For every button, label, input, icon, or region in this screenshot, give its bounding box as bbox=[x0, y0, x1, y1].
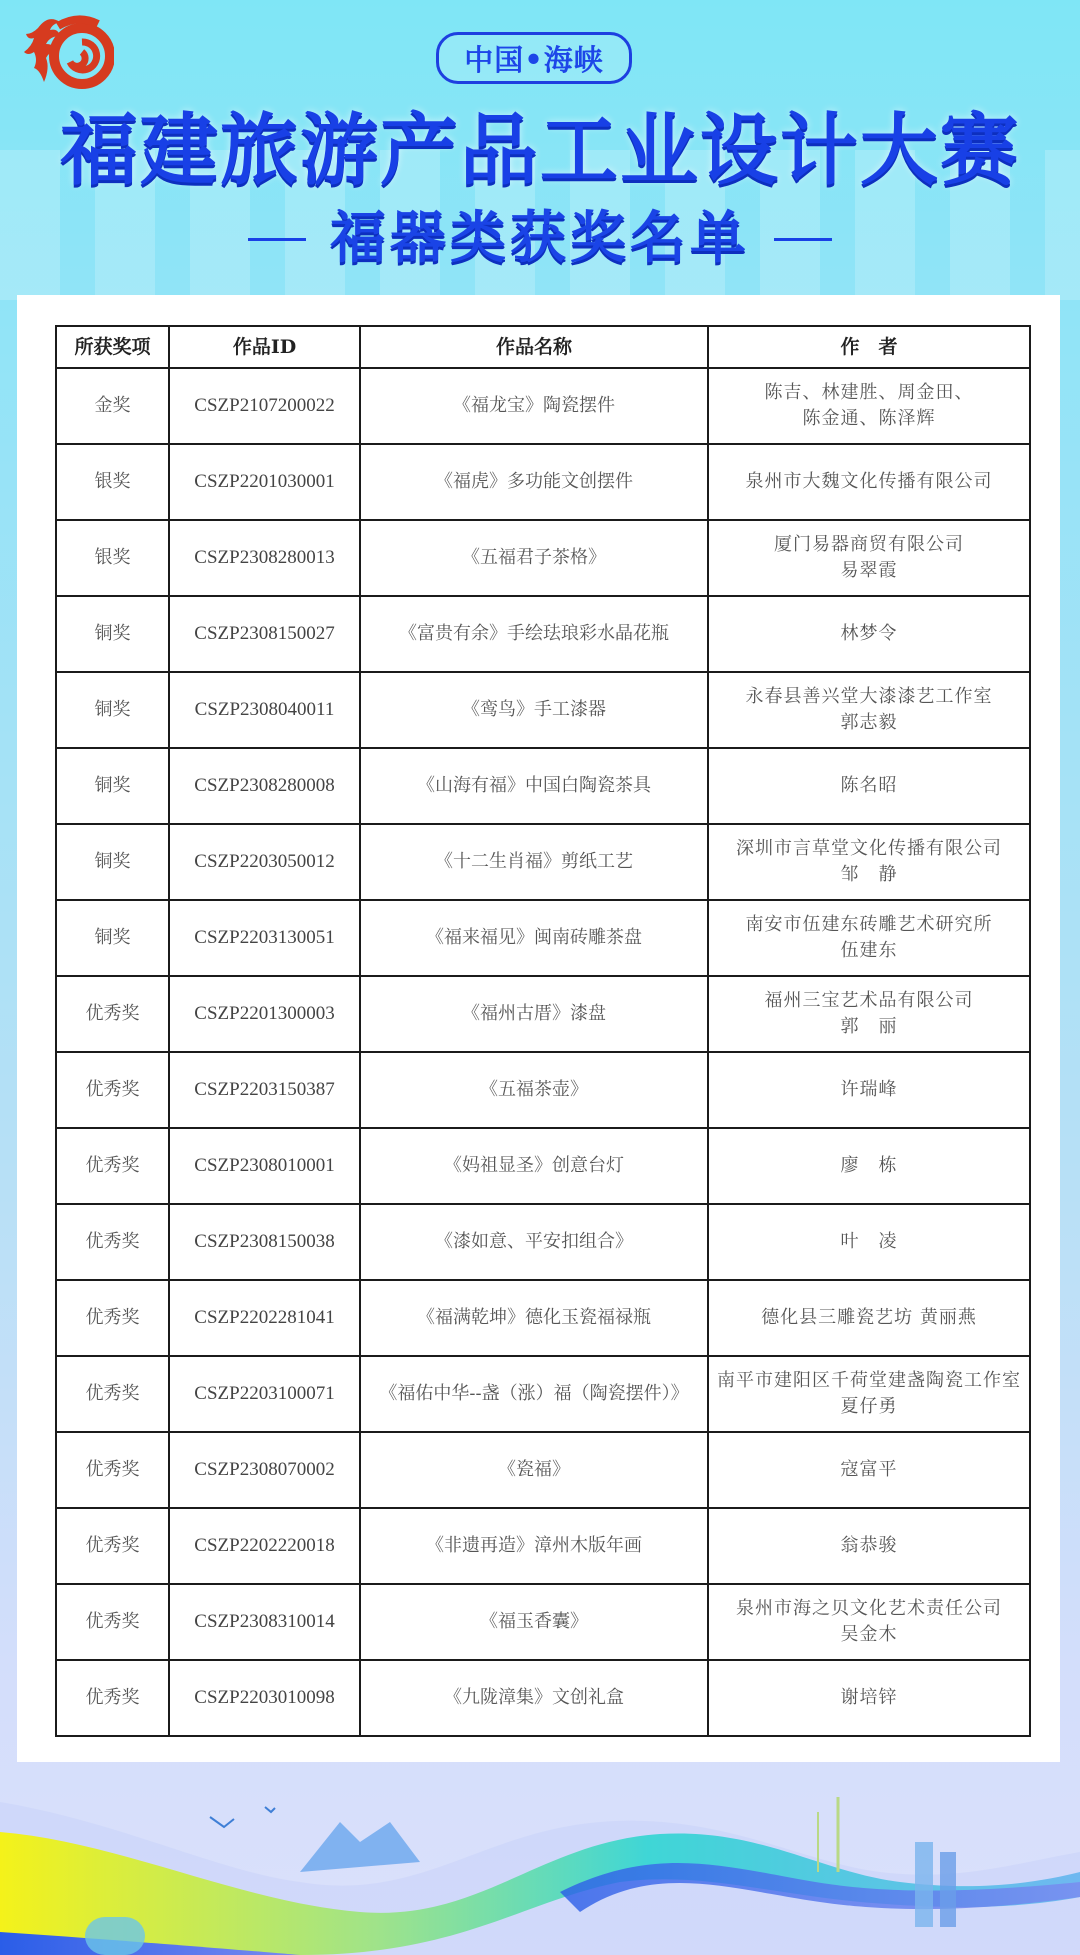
award-cell: 优秀奖 bbox=[56, 1432, 169, 1508]
table-header-row: 所获奖项 作品ID 作品名称 作 者 bbox=[56, 326, 1030, 368]
author-cell: 陈吉、林建胜、周金田、陈金通、陈泽辉 bbox=[708, 368, 1030, 444]
author-line: 叶 凌 bbox=[711, 1229, 1027, 1255]
work-id-cell: CSZP2202281041 bbox=[169, 1280, 360, 1356]
author-line: 翁恭骏 bbox=[711, 1533, 1027, 1559]
award-cell: 优秀奖 bbox=[56, 1660, 169, 1736]
table-row: 优秀奖CSZP2203150387《五福茶壶》许瑞峰 bbox=[56, 1052, 1030, 1128]
author-line: 南平市建阳区千荷堂建盏陶瓷工作室 bbox=[711, 1368, 1027, 1394]
award-cell: 铜奖 bbox=[56, 672, 169, 748]
work-name-cell: 《福满乾坤》德化玉瓷福禄瓶 bbox=[360, 1280, 708, 1356]
author-line: 吴金木 bbox=[711, 1622, 1027, 1648]
author-cell: 翁恭骏 bbox=[708, 1508, 1030, 1584]
award-cell: 优秀奖 bbox=[56, 1356, 169, 1432]
divider-left bbox=[248, 238, 306, 241]
award-cell: 优秀奖 bbox=[56, 1052, 169, 1128]
author-line: 郭 丽 bbox=[711, 1014, 1027, 1040]
work-name-cell: 《瓷福》 bbox=[360, 1432, 708, 1508]
table-row: 优秀奖CSZP2308010001《妈祖显圣》创意台灯廖 栋 bbox=[56, 1128, 1030, 1204]
table-row: 优秀奖CSZP2203010098《九陇漳集》文创礼盒谢培锌 bbox=[56, 1660, 1030, 1736]
award-table: 所获奖项 作品ID 作品名称 作 者 金奖CSZP2107200022《福龙宝》… bbox=[55, 325, 1031, 1737]
work-id-cell: CSZP2308280013 bbox=[169, 520, 360, 596]
award-cell: 优秀奖 bbox=[56, 1584, 169, 1660]
author-line: 夏仔勇 bbox=[711, 1394, 1027, 1420]
header-badge: 中国•海峡 bbox=[436, 32, 632, 84]
author-line: 泉州市大魏文化传播有限公司 bbox=[711, 469, 1027, 495]
author-line: 陈吉、林建胜、周金田、 bbox=[711, 380, 1027, 406]
award-cell: 优秀奖 bbox=[56, 1204, 169, 1280]
work-name-cell: 《十二生肖福》剪纸工艺 bbox=[360, 824, 708, 900]
table-row: 优秀奖CSZP2201300003《福州古厝》漆盘福州三宝艺术品有限公司郭 丽 bbox=[56, 976, 1030, 1052]
author-line: 伍建东 bbox=[711, 938, 1027, 964]
author-cell: 南安市伍建东砖雕艺术研究所伍建东 bbox=[708, 900, 1030, 976]
author-cell: 深圳市言草堂文化传播有限公司邹 静 bbox=[708, 824, 1030, 900]
table-row: 优秀奖CSZP2308070002《瓷福》寇富平 bbox=[56, 1432, 1030, 1508]
table-row: 优秀奖CSZP2202281041《福满乾坤》德化玉瓷福禄瓶德化县三雕瓷艺坊 黄… bbox=[56, 1280, 1030, 1356]
table-row: 铜奖CSZP2203130051《福来福见》闽南砖雕茶盘南安市伍建东砖雕艺术研究… bbox=[56, 900, 1030, 976]
award-cell: 铜奖 bbox=[56, 824, 169, 900]
author-line: 厦门易器商贸有限公司 bbox=[711, 532, 1027, 558]
work-id-cell: CSZP2308280008 bbox=[169, 748, 360, 824]
author-line: 廖 栋 bbox=[711, 1153, 1027, 1179]
work-id-cell: CSZP2308070002 bbox=[169, 1432, 360, 1508]
work-id-cell: CSZP2308010001 bbox=[169, 1128, 360, 1204]
author-line: 陈名昭 bbox=[711, 773, 1027, 799]
work-id-cell: CSZP2203050012 bbox=[169, 824, 360, 900]
author-line: 深圳市言草堂文化传播有限公司 bbox=[711, 836, 1027, 862]
page-subtitle: 福器类获奖名单 bbox=[330, 206, 750, 272]
table-row: 优秀奖CSZP2308310014《福玉香囊》泉州市海之贝文化艺术责任公司吴金木 bbox=[56, 1584, 1030, 1660]
work-id-cell: CSZP2107200022 bbox=[169, 368, 360, 444]
author-line: 邹 静 bbox=[711, 862, 1027, 888]
author-line: 福州三宝艺术品有限公司 bbox=[711, 988, 1027, 1014]
award-cell: 优秀奖 bbox=[56, 1280, 169, 1356]
work-id-cell: CSZP2203010098 bbox=[169, 1660, 360, 1736]
work-id-cell: CSZP2202220018 bbox=[169, 1508, 360, 1584]
author-cell: 厦门易器商贸有限公司易翠霞 bbox=[708, 520, 1030, 596]
author-cell: 谢培锌 bbox=[708, 1660, 1030, 1736]
author-line: 德化县三雕瓷艺坊 黄丽燕 bbox=[711, 1305, 1027, 1331]
column-header-author: 作 者 bbox=[708, 326, 1030, 368]
author-line: 泉州市海之贝文化艺术责任公司 bbox=[711, 1596, 1027, 1622]
work-name-cell: 《鸾鸟》手工漆器 bbox=[360, 672, 708, 748]
author-cell: 福州三宝艺术品有限公司郭 丽 bbox=[708, 976, 1030, 1052]
column-header-id: 作品ID bbox=[169, 326, 360, 368]
author-line: 郭志毅 bbox=[711, 710, 1027, 736]
author-line: 南安市伍建东砖雕艺术研究所 bbox=[711, 912, 1027, 938]
award-cell: 优秀奖 bbox=[56, 1128, 169, 1204]
work-name-cell: 《山海有福》中国白陶瓷茶具 bbox=[360, 748, 708, 824]
author-cell: 南平市建阳区千荷堂建盏陶瓷工作室夏仔勇 bbox=[708, 1356, 1030, 1432]
table-row: 银奖CSZP2308280013《五福君子茶格》厦门易器商贸有限公司易翠霞 bbox=[56, 520, 1030, 596]
author-cell: 林梦令 bbox=[708, 596, 1030, 672]
work-id-cell: CSZP2201300003 bbox=[169, 976, 360, 1052]
work-name-cell: 《福来福见》闽南砖雕茶盘 bbox=[360, 900, 708, 976]
table-row: 铜奖CSZP2308040011《鸾鸟》手工漆器永春县善兴堂大漆漆艺工作室郭志毅 bbox=[56, 672, 1030, 748]
award-list-panel: 所获奖项 作品ID 作品名称 作 者 金奖CSZP2107200022《福龙宝》… bbox=[17, 295, 1060, 1762]
table-row: 银奖CSZP2201030001《福虎》多功能文创摆件泉州市大魏文化传播有限公司 bbox=[56, 444, 1030, 520]
work-name-cell: 《福州古厝》漆盘 bbox=[360, 976, 708, 1052]
author-line: 许瑞峰 bbox=[711, 1077, 1027, 1103]
work-name-cell: 《五福茶壶》 bbox=[360, 1052, 708, 1128]
table-row: 优秀奖CSZP2202220018《非遗再造》漳州木版年画翁恭骏 bbox=[56, 1508, 1030, 1584]
award-cell: 银奖 bbox=[56, 444, 169, 520]
work-id-cell: CSZP2308150027 bbox=[169, 596, 360, 672]
author-cell: 永春县善兴堂大漆漆艺工作室郭志毅 bbox=[708, 672, 1030, 748]
table-row: 铜奖CSZP2203050012《十二生肖福》剪纸工艺深圳市言草堂文化传播有限公… bbox=[56, 824, 1030, 900]
work-name-cell: 《福虎》多功能文创摆件 bbox=[360, 444, 708, 520]
table-row: 铜奖CSZP2308150027《富贵有余》手绘珐琅彩水晶花瓶林梦令 bbox=[56, 596, 1030, 672]
award-cell: 银奖 bbox=[56, 520, 169, 596]
divider-right bbox=[774, 238, 832, 241]
footer-scenery bbox=[0, 1762, 1080, 1955]
work-name-cell: 《九陇漳集》文创礼盒 bbox=[360, 1660, 708, 1736]
award-cell: 铜奖 bbox=[56, 596, 169, 672]
work-name-cell: 《非遗再造》漳州木版年画 bbox=[360, 1508, 708, 1584]
column-header-award: 所获奖项 bbox=[56, 326, 169, 368]
work-name-cell: 《福玉香囊》 bbox=[360, 1584, 708, 1660]
work-name-cell: 《妈祖显圣》创意台灯 bbox=[360, 1128, 708, 1204]
table-row: 铜奖CSZP2308280008《山海有福》中国白陶瓷茶具陈名昭 bbox=[56, 748, 1030, 824]
author-cell: 陈名昭 bbox=[708, 748, 1030, 824]
work-id-cell: CSZP2308150038 bbox=[169, 1204, 360, 1280]
author-line: 永春县善兴堂大漆漆艺工作室 bbox=[711, 684, 1027, 710]
author-cell: 德化县三雕瓷艺坊 黄丽燕 bbox=[708, 1280, 1030, 1356]
work-name-cell: 《福佑中华--盏（涨）福（陶瓷摆件）》 bbox=[360, 1356, 708, 1432]
table-row: 金奖CSZP2107200022《福龙宝》陶瓷摆件陈吉、林建胜、周金田、陈金通、… bbox=[56, 368, 1030, 444]
column-header-name: 作品名称 bbox=[360, 326, 708, 368]
award-cell: 铜奖 bbox=[56, 748, 169, 824]
work-name-cell: 《漆如意、平安扣组合》 bbox=[360, 1204, 708, 1280]
award-cell: 铜奖 bbox=[56, 900, 169, 976]
author-cell: 廖 栋 bbox=[708, 1128, 1030, 1204]
fu-logo-icon bbox=[18, 8, 114, 96]
work-name-cell: 《五福君子茶格》 bbox=[360, 520, 708, 596]
page-title: 福建旅游产品工业设计大赛 bbox=[0, 106, 1080, 196]
author-cell: 泉州市海之贝文化艺术责任公司吴金木 bbox=[708, 1584, 1030, 1660]
author-cell: 许瑞峰 bbox=[708, 1052, 1030, 1128]
author-line: 陈金通、陈泽辉 bbox=[711, 406, 1027, 432]
table-row: 优秀奖CSZP2308150038《漆如意、平安扣组合》叶 凌 bbox=[56, 1204, 1030, 1280]
work-id-cell: CSZP2201030001 bbox=[169, 444, 360, 520]
work-id-cell: CSZP2203100071 bbox=[169, 1356, 360, 1432]
author-line: 谢培锌 bbox=[711, 1685, 1027, 1711]
award-cell: 优秀奖 bbox=[56, 976, 169, 1052]
work-id-cell: CSZP2308040011 bbox=[169, 672, 360, 748]
award-cell: 金奖 bbox=[56, 368, 169, 444]
author-line: 林梦令 bbox=[711, 621, 1027, 647]
work-id-cell: CSZP2203130051 bbox=[169, 900, 360, 976]
work-name-cell: 《福龙宝》陶瓷摆件 bbox=[360, 368, 708, 444]
work-id-cell: CSZP2203150387 bbox=[169, 1052, 360, 1128]
author-line: 寇富平 bbox=[711, 1457, 1027, 1483]
table-row: 优秀奖CSZP2203100071《福佑中华--盏（涨）福（陶瓷摆件）》南平市建… bbox=[56, 1356, 1030, 1432]
work-name-cell: 《富贵有余》手绘珐琅彩水晶花瓶 bbox=[360, 596, 708, 672]
work-id-cell: CSZP2308310014 bbox=[169, 1584, 360, 1660]
subtitle-row: 福器类获奖名单 bbox=[0, 206, 1080, 272]
award-cell: 优秀奖 bbox=[56, 1508, 169, 1584]
author-cell: 泉州市大魏文化传播有限公司 bbox=[708, 444, 1030, 520]
author-line: 易翠霞 bbox=[711, 558, 1027, 584]
author-cell: 叶 凌 bbox=[708, 1204, 1030, 1280]
author-cell: 寇富平 bbox=[708, 1432, 1030, 1508]
